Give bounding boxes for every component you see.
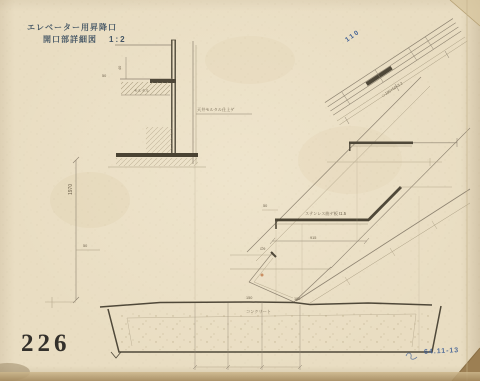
dim-40: 40 xyxy=(118,66,122,70)
title-line-1: エレベーター用昇降口 xyxy=(27,22,127,34)
page-number-stamp: 226 xyxy=(21,330,71,358)
ceiling-note-text: 天井モルタル仕上ゲ xyxy=(197,106,235,113)
dim-1970: 1970 xyxy=(68,184,74,195)
dim-915: 915 xyxy=(310,236,316,240)
steel-bar-upper xyxy=(349,142,413,145)
title-block: エレベーター用昇降口 開口部詳細図1:2 xyxy=(27,22,127,46)
dim-150: 150 xyxy=(246,296,252,300)
title-line-2: 開口部詳細図1:2 xyxy=(43,34,127,46)
plate-label: ステンレス曲ゲ板 t1.5 xyxy=(305,210,347,217)
dim-100: 100 xyxy=(294,297,300,301)
scale-label: 1:2 xyxy=(109,35,127,44)
dim-50b: 50 xyxy=(83,244,87,248)
title-line-2-text: 開口部詳細図 xyxy=(43,35,97,44)
dim-50c: 50 xyxy=(263,204,267,208)
diamond-label: ∅9 xyxy=(260,247,265,251)
scanned-drawing-sheet: モルタル 40 50 天井モルタル仕上ゲ 1970 50 xyxy=(0,0,480,381)
dim-50a: 50 xyxy=(102,74,106,78)
steel-sill xyxy=(116,153,198,157)
fill-hatch xyxy=(146,127,172,153)
concrete-stipple xyxy=(120,312,430,350)
backing-board-strip xyxy=(0,372,480,381)
drawing-linework: モルタル 40 50 天井モルタル仕上ゲ 1970 50 xyxy=(0,0,480,381)
steel-bent-plate xyxy=(275,219,369,222)
band-annotation: モルタル xyxy=(134,88,149,93)
